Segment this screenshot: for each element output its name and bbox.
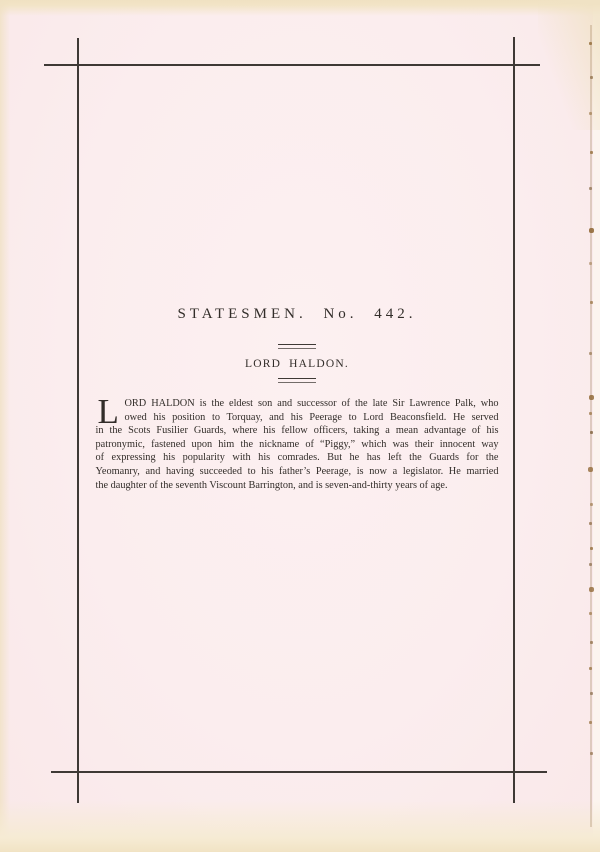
drop-cap: L <box>98 397 119 427</box>
series-title: STATESMEN. No. 442. <box>0 306 597 323</box>
article-line: ORD HALDON is the eldest son and success… <box>96 397 499 411</box>
article-paragraph: L ORD HALDON is the eldest son and succe… <box>96 397 499 492</box>
plate-text-block: STATESMEN. No. 442. LORD HALDON. L ORD H… <box>0 306 597 492</box>
paper-deckle-specks <box>589 0 592 3</box>
paper-edge-bottom <box>0 800 600 852</box>
divider-rule-upper <box>278 344 316 349</box>
divider-rule-lower <box>278 378 316 383</box>
article-line: Yeomanry, and having succeeded to his fa… <box>96 465 499 479</box>
paper-edge-top <box>0 0 600 16</box>
subject-title: LORD HALDON. <box>0 358 597 371</box>
scanned-page: STATESMEN. No. 442. LORD HALDON. L ORD H… <box>0 0 600 852</box>
frame-top-rule <box>44 64 540 66</box>
article-line: of expressing his popularity with his co… <box>96 451 499 465</box>
article-line: the daughter of the seventh Viscount Bar… <box>96 479 499 493</box>
article-line: in the Scots Fusilier Guards, where his … <box>96 424 499 438</box>
frame-bottom-rule <box>51 771 547 773</box>
article-line: patronymic, fastened upon him the nickna… <box>96 438 499 452</box>
article-line: owed his position to Torquay, and his Pe… <box>96 411 499 425</box>
